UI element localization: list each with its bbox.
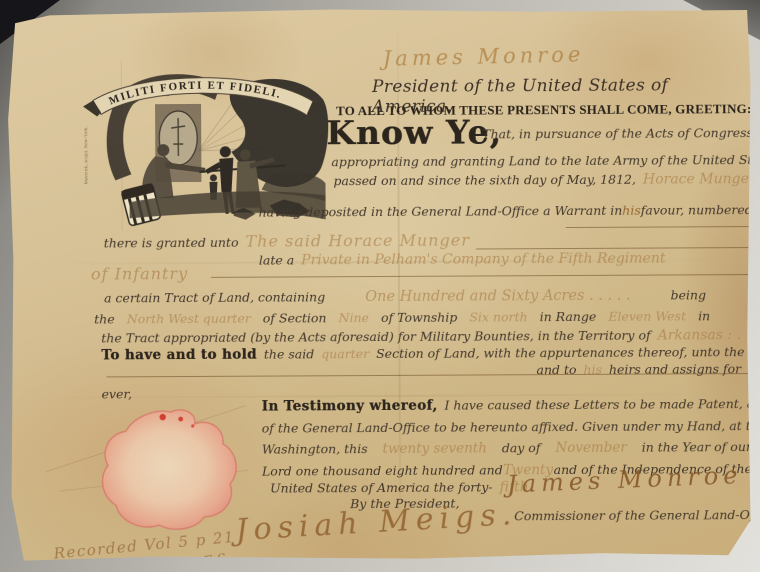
testimony-heading: In Testimony whereof,: [262, 398, 438, 415]
body-line-1: That, in pursuance of the Acts of Congre…: [482, 125, 753, 141]
commissioner-signature: Josiah Meigs.: [234, 497, 518, 548]
wax-seal: [83, 404, 274, 545]
parchment-document: MILITI FORTI ET FIDELI. Maverick, sculpt…: [5, 5, 755, 563]
handwritten-warrant-number: 26608: [753, 202, 760, 217]
printed-text: having deposited in the General Land-Off…: [259, 203, 623, 220]
handwritten-section: Nine: [339, 310, 369, 325]
habendum-heading: To have and to hold: [101, 347, 257, 364]
printed-text: appropriating and granting Land to the l…: [331, 152, 760, 169]
handwritten-acreage: One Hundred and Sixty Acres . . . . .: [365, 288, 630, 305]
printed-text: in: [698, 308, 710, 323]
body-line-9: the North West quarter of Section Nine o…: [94, 308, 710, 326]
seal-blob: [102, 410, 236, 530]
printed-text: passed on and since the sixth day of May…: [333, 172, 636, 189]
body-line-3: passed on and since the sixth day of May…: [333, 171, 760, 189]
handwritten-quarter: North West quarter: [127, 311, 251, 327]
seal-red-spot: [191, 424, 194, 427]
testimony-line-3: Washington, this twenty seventh day of N…: [262, 439, 752, 458]
wax-seal-graphic: [83, 404, 274, 545]
printed-text: That, in pursuance of the Acts of Congre…: [482, 125, 753, 141]
handwritten-grantee-name: The said Horace Munger: [245, 231, 469, 251]
handwritten-day: twenty seventh: [382, 440, 486, 457]
printed-text: of the General Land-Office to be hereunt…: [262, 418, 760, 436]
printed-text: in Range: [540, 309, 597, 324]
vignette-scene: MILITI FORTI ET FIDELI. Maverick, sculpt…: [73, 55, 332, 228]
printed-text: Lord one thousand eight hundred and: [262, 462, 503, 478]
body-line-13: ever,: [102, 386, 133, 401]
printed-text: day of: [502, 440, 541, 455]
body-line-11: To have and to hold the said quarter Sec…: [101, 343, 760, 363]
handwritten-grantee-name: Horace Munger: [643, 171, 756, 188]
handwritten-territory: Arkansas : .: [658, 327, 742, 343]
blank-rule: [566, 226, 756, 228]
testimony-line-2: of the General Land-Office to be hereunt…: [262, 418, 760, 436]
engraver-credit: Maverick, sculpt. New-York.: [84, 126, 89, 184]
printed-text: being: [671, 287, 707, 302]
handwritten-military-unit: Private in Pelham's Company of the Fifth…: [301, 251, 665, 269]
handwritten-township: Six north: [469, 309, 527, 324]
handwritten-range: Eleven West: [608, 308, 686, 323]
seated-figure-head: [157, 144, 169, 156]
printed-text: the said: [264, 346, 314, 361]
testimony-line-1: In Testimony whereof, I have caused thes…: [262, 396, 760, 415]
printed-text: of Township: [381, 310, 457, 325]
body-line-10: the Tract appropriated (by the Acts afor…: [101, 327, 748, 346]
photo-of-document: MILITI FORTI ET FIDELI. Maverick, sculpt…: [0, 0, 760, 572]
blank-rule: [476, 247, 751, 249]
handwritten-pronoun: his: [622, 203, 641, 218]
printed-text: a certain Tract of Land, containing: [104, 289, 325, 305]
seal-red-spot: [159, 414, 165, 420]
top-docket-signature: James Monroe: [383, 42, 585, 71]
printed-text: the: [94, 311, 115, 326]
body-line-5: there is granted unto The said Horace Mu…: [104, 230, 477, 251]
vignette-engraving: MILITI FORTI ET FIDELI. Maverick, sculpt…: [73, 55, 332, 228]
body-line-7: of Infantry: [91, 264, 188, 284]
printed-text: late a: [259, 252, 294, 267]
printed-text: Section of Land, with the appurtenances …: [376, 344, 760, 361]
recorder-initials: E.S.: [202, 551, 230, 570]
printed-text: in the Year of our: [642, 439, 752, 455]
body-line-8: a certain Tract of Land, containing One …: [104, 287, 706, 306]
printed-text: ever,: [102, 386, 133, 401]
body-line-6: late a Private in Pelham's Company of th…: [259, 250, 673, 268]
printed-text: I have caused these Letters to be made P…: [444, 396, 760, 413]
handwritten-month: November: [555, 440, 627, 456]
handwritten-quarter: quarter: [321, 346, 369, 361]
body-line-4: having deposited in the General Land-Off…: [259, 202, 756, 220]
blank-rule: [211, 274, 751, 278]
printed-text: there is granted unto: [104, 235, 239, 251]
handwritten-regiment: of Infantry: [91, 264, 188, 284]
testimony-line-5: United States of America the forty- fift…: [270, 479, 540, 496]
seal-red-spot: [178, 417, 183, 422]
body-line-2: appropriating and granting Land to the l…: [331, 152, 760, 169]
printed-text: Commissioner of the General Land-Office.: [514, 507, 760, 523]
printed-text: Washington, this: [262, 441, 368, 457]
printed-text: United States of America the forty-: [270, 479, 493, 495]
printed-text: of Section: [263, 310, 327, 325]
commissioner-title-line: Commissioner of the General Land-Office.: [514, 507, 760, 523]
printed-text: favour, numbered: [641, 202, 753, 218]
printed-text: the Tract appropriated (by the Acts afor…: [101, 328, 650, 346]
know-ye-heading: Know Ye,: [326, 112, 502, 152]
